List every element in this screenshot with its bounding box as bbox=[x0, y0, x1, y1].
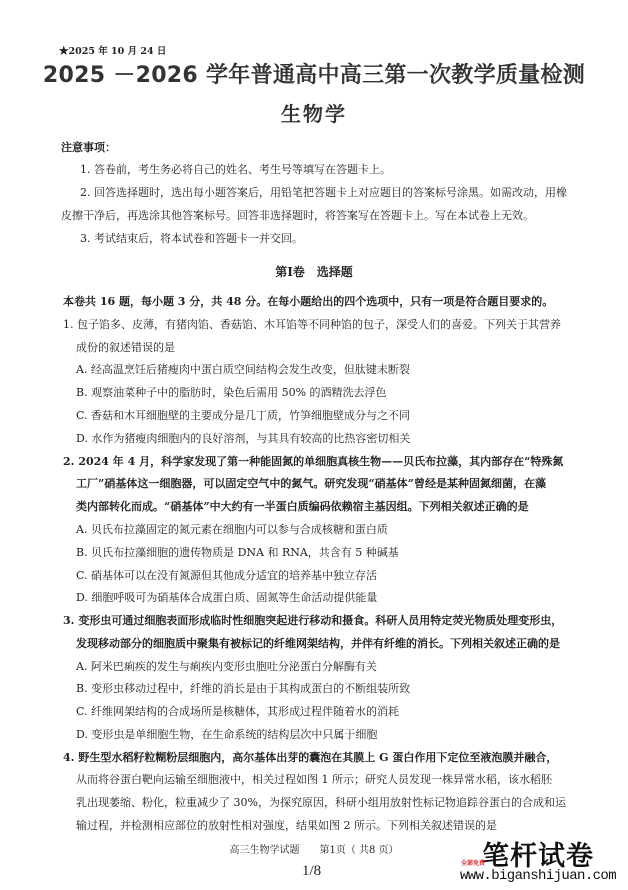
question-2-option-a: A. 贝氏布拉藻固定的氮元素在细胞内可以参与合成核糖和蛋白质 bbox=[76, 523, 388, 537]
question-3-stem-1: 3. 变形虫可通过细胞表面形成临时性细胞突起进行移动和摄食。科研人员用特定荧光物… bbox=[63, 614, 562, 628]
question-3-option-b: B. 变形虫移动过程中，纤维的消长是由于其构成蛋白的不断组装所致 bbox=[76, 682, 410, 696]
question-2-stem-2: 工厂”硝基体这一细胞器，可以固定空气中的氮气。研究发现“硝基体”曾经是某种固氮细… bbox=[76, 477, 546, 491]
watermark-free-label: 全部免费 bbox=[461, 858, 485, 867]
question-1-option-c: C. 香菇和木耳细胞壁的主要成分是几丁质，竹笋细胞壁成分与之不同 bbox=[76, 409, 410, 423]
question-3-stem-2: 发现移动部分的细胞质中聚集有被标记的纤维网架结构，并伴有纤维的消长。下列相关叙述… bbox=[76, 637, 560, 651]
notice-item-2-cont: 皮擦干净后，再选涂其他答案标号。回答非选择题时，将答案写在答题卡上。写在本试卷上… bbox=[61, 209, 534, 223]
question-3-option-d: D. 变形虫是单细胞生物，在生命系统的结构层次中只属于细胞 bbox=[76, 728, 377, 742]
question-1-stem-2: 成份的叙述错误的是 bbox=[76, 341, 175, 355]
question-1-option-a: A. 经高温烹饪后猪瘦肉中蛋白质空间结构会发生改变，但肽键未断裂 bbox=[76, 363, 410, 377]
exam-title: 2025 －2026 学年普通高中高三第一次教学质量检测 bbox=[0, 58, 628, 89]
question-4-stem-4: 输过程，并检测相应部位的放射性相对强度，结果如图 2 所示。下列相关叙述错误的是 bbox=[76, 819, 497, 833]
question-3-option-a: A. 阿米巴痢疾的发生与痢疾内变形虫胞吐分泌蛋白分解酶有关 bbox=[76, 660, 377, 674]
question-1-stem-1: 1. 包子馅多、皮薄，有猪肉馅、香菇馅、木耳馅等不同种馅的包子，深受人们的喜爱。… bbox=[63, 318, 561, 332]
watermark-url: www.biganshijuan.com bbox=[460, 868, 616, 884]
notice-item-3: 3. 考试结束后，将本试卷和答题卡一并交回。 bbox=[80, 232, 303, 246]
question-2-option-c: C. 硝基体可以在没有氮源但其他成分适宜的培养基中独立存活 bbox=[76, 569, 377, 583]
section-instruction: 本卷共 16 题，每小题 3 分，共 48 分。在每小题给出的四个选项中，只有一… bbox=[63, 295, 553, 309]
question-2-option-b: B. 贝氏布拉藻细胞的遗传物质是 DNA 和 RNA，共含有 5 种碱基 bbox=[76, 546, 399, 560]
notice-item-2: 2. 回答选择题时，选出每小题答案后，用铅笔把答题卡上对应题目的答案标号涂黑。如… bbox=[80, 186, 567, 200]
question-4-stem-3: 乳出现萎缩、粉化，粒重减少了 30%，为探究原因，科研小组用放射性标记物追踪谷蛋… bbox=[76, 796, 566, 810]
question-1-option-d: D. 水作为猪瘦肉细胞内的良好溶剂，与其具有较高的比热容密切相关 bbox=[76, 432, 410, 446]
question-4-stem-1: 4. 野生型水稻籽粒糊粉层细胞内，高尔基体出芽的囊泡在其膜上 G 蛋白作用下定位… bbox=[63, 751, 557, 765]
subject-title: 生物学 bbox=[0, 98, 628, 127]
notice-item-1: 1. 答卷前，考生务必将自己的姓名、考生号等填写在答题卡上。 bbox=[80, 163, 391, 177]
exam-page: ★2025 年 10 月 24 日 2025 －2026 学年普通高中高三第一次… bbox=[0, 0, 628, 890]
page-number: 1/8 bbox=[302, 863, 321, 880]
question-1-option-b: B. 观察油菜种子中的脂肪时，染色后需用 50% 的酒精洗去浮色 bbox=[76, 386, 387, 400]
question-2-stem-3: 类内部转化而成。“硝基体”中大约有一半蛋白质编码依赖宿主基因组。下列相关叙述正确… bbox=[76, 500, 529, 514]
question-2-option-d: D. 细胞呼吸可为硝基体合成蛋白质、固氮等生命活动提供能量 bbox=[76, 591, 377, 605]
exam-date: ★2025 年 10 月 24 日 bbox=[59, 43, 166, 57]
section-title: 第Ⅰ卷 选择题 bbox=[0, 263, 628, 280]
question-3-option-c: C. 纤维网架结构的合成场所是核糖体，其形成过程伴随着水的消耗 bbox=[76, 705, 399, 719]
question-2-stem-1: 2. 2024 年 4 月，科学家发现了第一种能固氮的单细胞真核生物——贝氏布拉… bbox=[63, 455, 563, 469]
question-4-stem-2: 从而将谷蛋白靶向运输至细胞液中，相关过程如图 1 所示；研究人员发现一株异常水稻… bbox=[76, 773, 552, 787]
notice-heading: 注意事项： bbox=[61, 139, 116, 155]
